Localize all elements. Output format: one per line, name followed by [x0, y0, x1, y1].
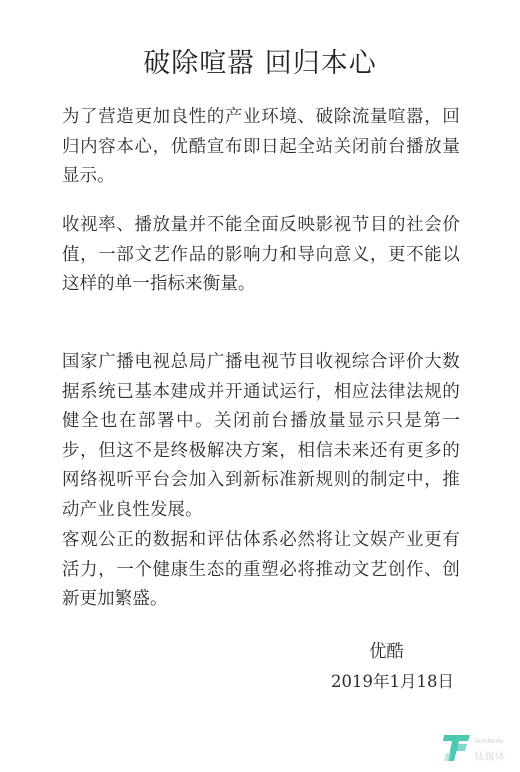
watermark-text-en: TechNode — [474, 738, 503, 745]
watermark: TechNode 钛媒体 — [440, 728, 520, 768]
t-logo-icon — [443, 732, 471, 762]
document-title: 破除喧嚣 回归本心 — [0, 46, 520, 82]
watermark-text-cn: 钛媒体 — [474, 748, 506, 763]
signature: 优酷 — [369, 640, 404, 664]
paragraph-1: 为了营造更加良性的产业环境、破除流量喧嚣，回归内容本心，优酷宣布即日起全站关闭前… — [62, 103, 460, 192]
paragraph-4: 客观公正的数据和评估体系必然将让文娱产业更有活力，一个健康生态的重塑必将推动文艺… — [62, 526, 460, 615]
paragraph-2: 收视率、播放量并不能全面反映影视节目的社会价值，一部文艺作品的影响力和导向意义，… — [62, 211, 460, 300]
date: 2019年1月18日 — [331, 670, 454, 694]
paragraph-3: 国家广播电视总局广播电视节目收视综合评价大数据系统已基本建成并开通试运行，相应法… — [62, 348, 460, 525]
